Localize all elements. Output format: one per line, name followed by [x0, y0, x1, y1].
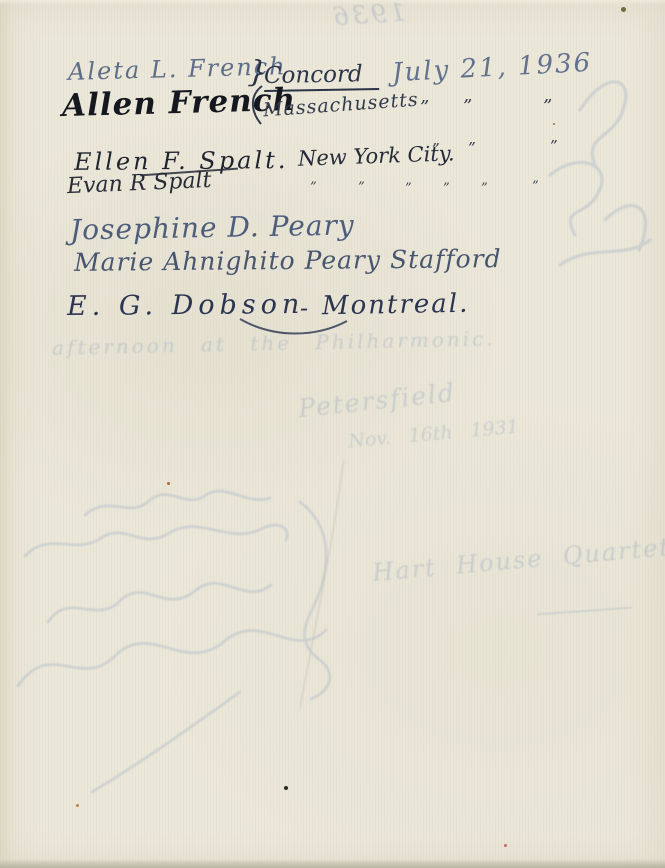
dobson-separator: - [300, 296, 308, 320]
ditto-mark: ” [463, 98, 472, 116]
ditto-mark: ” [550, 139, 558, 154]
signature-josephine-peary: Josephine D. Peary [70, 212, 355, 245]
ditto-mark: ” [468, 141, 476, 156]
ditto-mark: ” [532, 180, 539, 193]
ditto-mark: ” [310, 181, 317, 194]
bleedthrough-place: Petersfield [297, 380, 457, 421]
bleedthrough-note-line: afternoon at the Philharmonic. [52, 328, 496, 357]
paper-speck [621, 7, 626, 12]
ditto-mark: ” [543, 98, 552, 116]
bleedthrough-script-right [535, 55, 665, 315]
paper-speck [76, 804, 79, 807]
autograph-album-page: 1936 afternoon at the Philharmonic. Pete… [0, 0, 665, 868]
signature-allen-french: Allen French [62, 85, 297, 122]
ditto-mark: ” [405, 182, 412, 195]
paper-speck [504, 844, 507, 847]
page-top-edge [0, 0, 665, 5]
ditto-mark: ” [358, 181, 365, 194]
ditto-mark: ” [481, 182, 488, 195]
ditto-mark: ” [432, 142, 440, 157]
signature-marie-peary-stafford: Marie Ahnighito Peary Stafford [74, 246, 502, 275]
ditto-mark: ” [420, 99, 429, 117]
signature-evan-spalt: Evan R Spalt [67, 170, 212, 198]
place-montreal: Montreal. [322, 291, 470, 320]
bleedthrough-underline [537, 607, 632, 616]
page-bottom-edge [0, 859, 665, 868]
signature-dobson: E. G. Dobson [67, 291, 305, 320]
bleedthrough-signatures [0, 460, 420, 810]
bleedthrough-date: Nov. 16th 1931 [347, 418, 519, 452]
paper-speck [284, 786, 288, 790]
ditto-mark: ” [443, 182, 450, 195]
paper-speck [553, 123, 555, 125]
paper-speck [167, 482, 170, 485]
